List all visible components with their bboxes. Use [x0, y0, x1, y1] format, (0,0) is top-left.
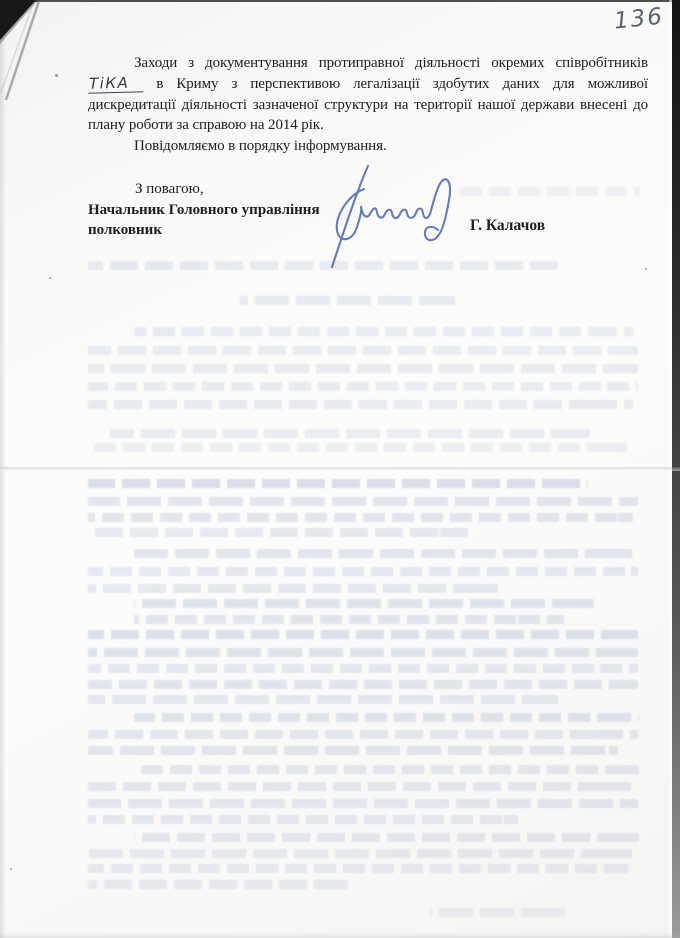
bleed-through-line	[110, 429, 590, 438]
body-line: плану роботи за справою на 2014 рік.	[88, 115, 648, 136]
bleed-through-line	[134, 599, 594, 608]
handwritten-annotation-tika: ТіКА	[88, 74, 144, 93]
bleed-through-line	[88, 400, 633, 409]
signature-ink	[296, 163, 471, 271]
bleed-through-line	[88, 746, 618, 755]
bleed-through-line	[134, 615, 564, 624]
bleed-through-line	[88, 528, 468, 537]
page-number-handwritten: 136	[613, 3, 665, 34]
scan-speck	[55, 74, 58, 77]
bleed-through-line	[88, 648, 638, 657]
bleed-through-line	[88, 695, 558, 704]
bleed-through-line	[460, 187, 640, 196]
bleed-through-line	[88, 513, 633, 522]
body-line-text: в Криму з перспективою легалізації здобу…	[156, 76, 648, 92]
bleed-through-line	[134, 765, 639, 774]
bleed-through-line	[88, 346, 638, 355]
bleed-through-line	[88, 630, 638, 639]
bleed-through-line	[88, 799, 638, 808]
bleed-through-line	[88, 443, 628, 452]
body-line: дискредитації діяльності зазначеної стру…	[88, 95, 648, 116]
page-edge-bottom-shading	[0, 932, 680, 938]
body-line: Заходи з документування протиправної дія…	[88, 53, 648, 74]
bleed-through-line	[88, 680, 638, 689]
bleed-through-line	[88, 382, 638, 391]
bleed-through-line	[88, 880, 348, 889]
bleed-through-line	[240, 296, 455, 305]
bleed-through-line	[88, 479, 588, 488]
bleed-through-line	[134, 549, 639, 558]
bleed-through-line	[88, 730, 638, 739]
scan-speck	[10, 868, 12, 870]
bleed-through-line	[88, 782, 638, 791]
body-paragraph: Заходи з документування протиправної дія…	[88, 53, 648, 157]
bleed-through-line	[88, 664, 638, 673]
bleed-through-line	[88, 497, 638, 506]
signer-name: Г. Калачов	[470, 217, 545, 235]
body-line: ТіКА в Криму з перспективою легалізації …	[88, 74, 648, 95]
bleed-through-line	[134, 833, 639, 842]
bleed-through-line	[88, 849, 638, 858]
body-line: Повідомляємо в порядку інформування.	[88, 136, 648, 157]
bleed-through-line	[88, 567, 638, 576]
scan-speck	[645, 268, 647, 270]
horizontal-crease-line	[0, 467, 680, 471]
bleed-through-line	[134, 327, 634, 336]
scanned-document-page: 136 Заходи з документування протиправної…	[0, 0, 680, 938]
bleed-through-line	[430, 908, 565, 917]
bleed-through-line	[88, 815, 518, 824]
bleed-through-line	[134, 713, 639, 722]
bleed-through-line	[88, 364, 638, 373]
bleed-through-line	[88, 584, 498, 593]
bleed-through-line	[88, 864, 628, 873]
scan-speck	[49, 277, 51, 279]
